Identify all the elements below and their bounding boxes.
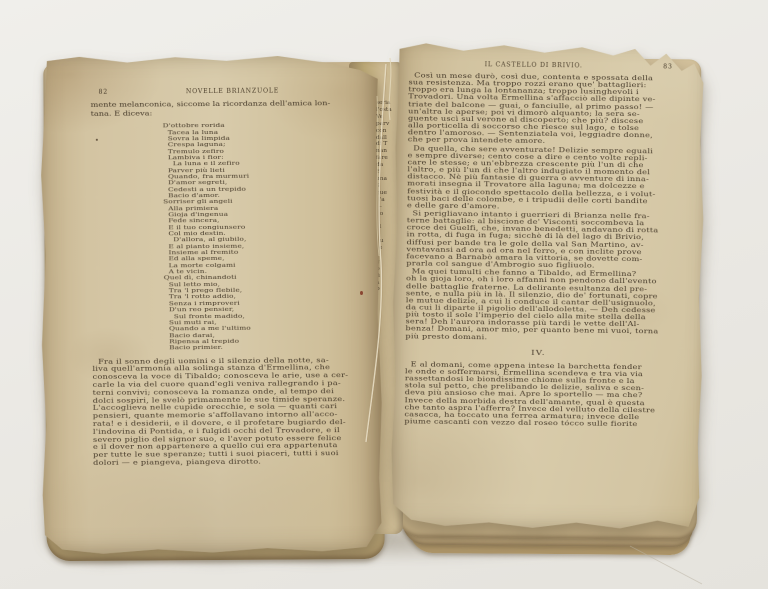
right-page-number: 83 — [663, 63, 673, 70]
left-running-header: NOVELLE BRIANZUOLE — [90, 87, 374, 96]
poem-text: D'ottobre rorida Tacea la luna Sovra la … — [163, 122, 378, 352]
ink-speck — [96, 139, 98, 141]
left-page-wrap: 82 NOVELLE BRIANZUOLE mente melanconica,… — [38, 53, 383, 555]
red-ink-speck — [360, 291, 363, 295]
left-body-text: Fra il sonno degli uomini e il silenzio … — [92, 356, 378, 467]
left-page: 82 NOVELLE BRIANZUOLE mente melanconica,… — [38, 53, 383, 555]
paragraph: Ma quei tumulti che fanno a Tibaldo, ad … — [405, 268, 693, 343]
right-page-wrap: IL CASTELLO DI BRIVIO. 83 Così un mese d… — [389, 40, 707, 532]
left-page-text: mente melanconica, siccome la ricordanza… — [91, 99, 379, 468]
book-photo: seria l'osta Ve parv con dall di T nan f… — [0, 0, 768, 589]
paragraph: Si perigliavano intanto i guerrieri di B… — [406, 210, 694, 271]
right-page-text: Così un mese durò, così due, contenta e … — [404, 72, 695, 430]
paragraph: E al domani, come appena intese la barch… — [404, 361, 692, 429]
right-page: IL CASTELLO DI BRIVIO. 83 Così un mese d… — [389, 40, 707, 532]
paragraph: Così un mese durò, così due, contenta e … — [408, 72, 696, 147]
left-intro-text: mente melanconica, siccome la ricordanza… — [91, 99, 376, 118]
paragraph: Da quella, che sere avventurate! Delizie… — [407, 145, 695, 213]
chapter-number-heading: IV. — [405, 347, 672, 358]
left-page-header: 82 NOVELLE BRIANZUOLE — [90, 87, 374, 99]
right-running-header: IL CASTELLO DI BRIVIO. — [409, 60, 659, 70]
